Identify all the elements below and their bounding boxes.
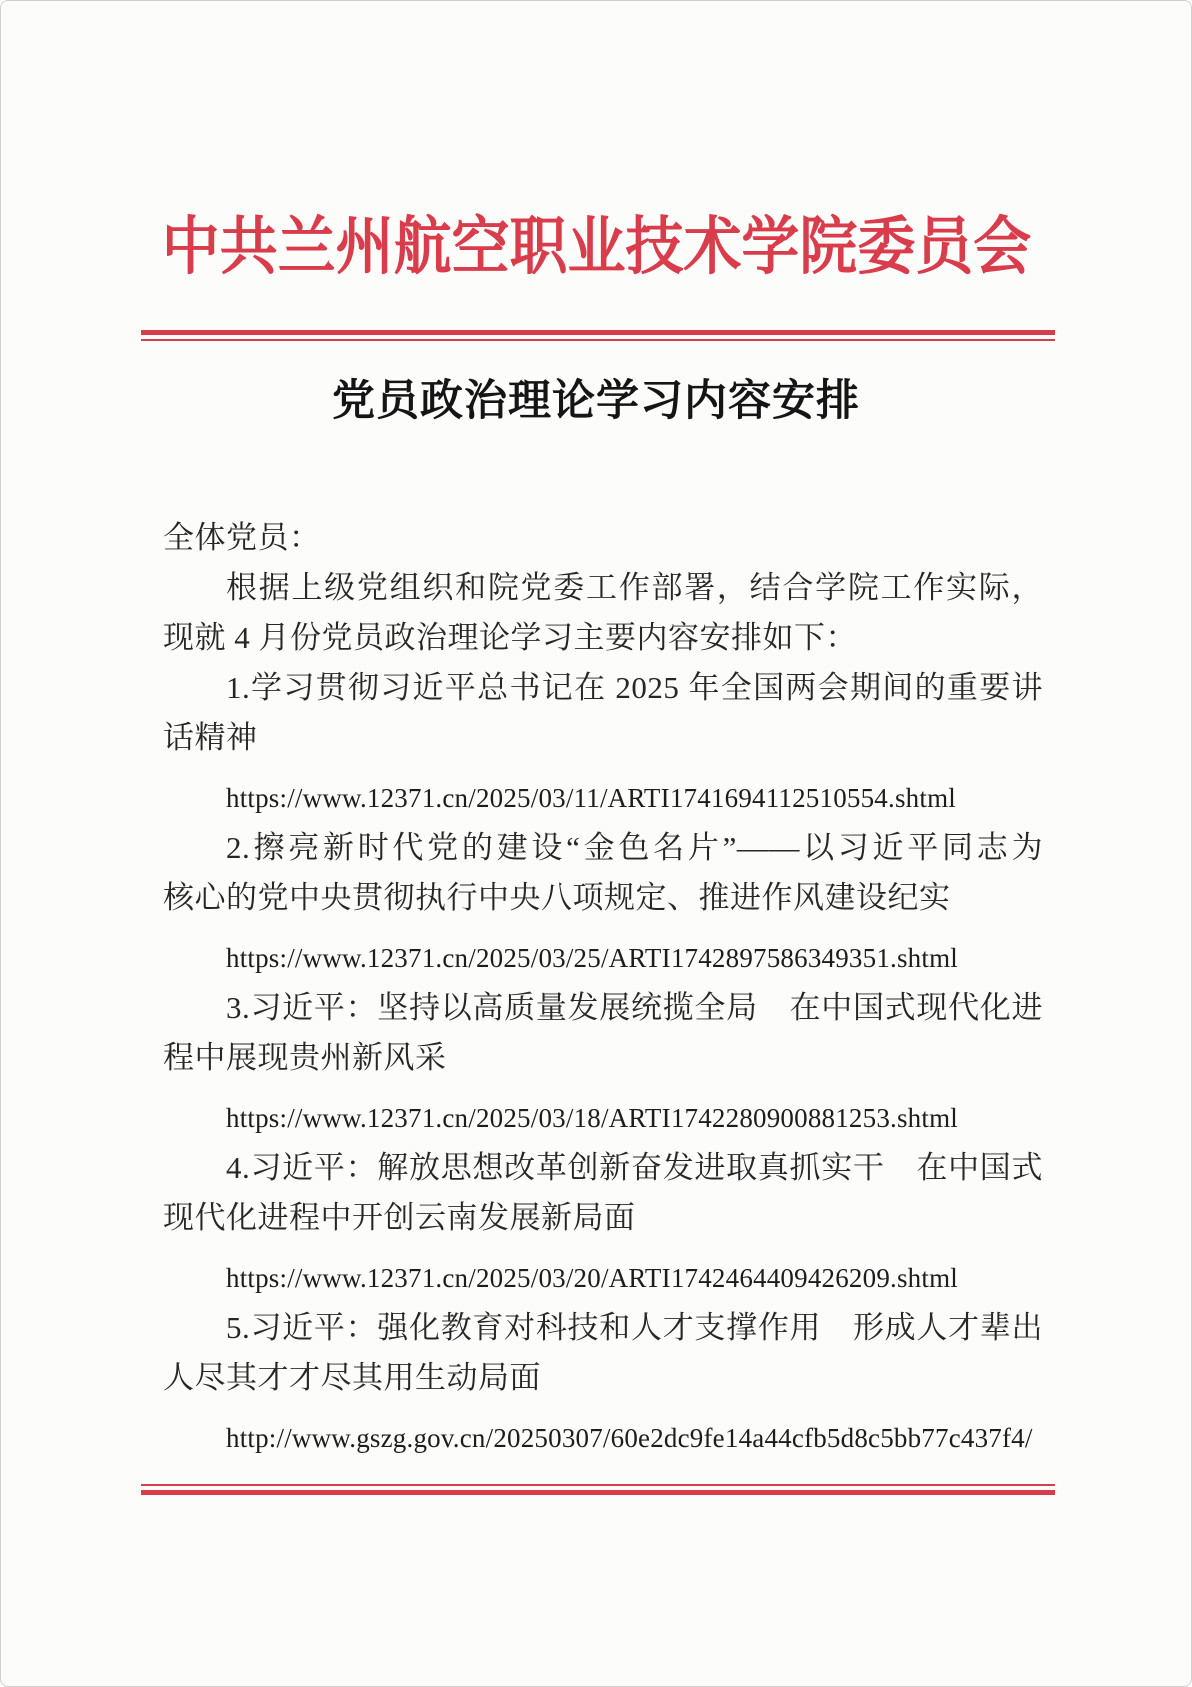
body-line: 1.学习贯彻习近平总书记在 2025 年全国两会期间的重要讲 — [163, 663, 1043, 713]
letterhead-title: 中共兰州航空职业技术学院委员会 — [1, 197, 1191, 297]
url-line: https://www.12371.cn/2025/03/11/ARTI1741… — [163, 773, 1043, 823]
body-line: 2.擦亮新时代党的建设“金色名片”——以习近平同志为 — [163, 823, 1043, 873]
header-separator-rule — [141, 330, 1055, 341]
url-line: http://www.gszg.gov.cn/20250307/60e2dc9f… — [163, 1413, 1043, 1463]
body-line: 4.习近平：解放思想改革创新奋发进取真抓实干 在中国式 — [163, 1143, 1043, 1193]
document-title: 党员政治理论学习内容安排 — [1, 377, 1191, 427]
body-line: 根据上级党组织和院党委工作部署，结合学院工作实际， — [163, 563, 1043, 613]
letterhead-org-name: 中共兰州航空职业技术学院委员会 — [161, 197, 1030, 297]
body-line: 5.习近平：强化教育对科技和人才支撑作用 形成人才辈出 — [163, 1303, 1043, 1353]
body-line: 现就 4 月份党员政治理论学习主要内容安排如下： — [163, 613, 1043, 663]
separator-thick-line — [141, 1490, 1055, 1495]
document-body: 全体党员：根据上级党组织和院党委工作部署，结合学院工作实际，现就 4 月份党员政… — [163, 513, 1043, 1463]
body-line: 程中展现贵州新风采 — [163, 1033, 1043, 1083]
url-line: https://www.12371.cn/2025/03/25/ARTI1742… — [163, 933, 1043, 983]
body-line: 现代化进程中开创云南发展新局面 — [163, 1193, 1043, 1243]
body-line: 全体党员： — [163, 513, 1043, 563]
url-line: https://www.12371.cn/2025/03/18/ARTI1742… — [163, 1093, 1043, 1143]
body-line: 人尽其才才尽其用生动局面 — [163, 1353, 1043, 1403]
separator-thin-line — [141, 339, 1055, 341]
body-line: 话精神 — [163, 713, 1043, 763]
footer-separator-rule — [141, 1484, 1055, 1495]
url-line: https://www.12371.cn/2025/03/20/ARTI1742… — [163, 1253, 1043, 1303]
body-line: 核心的党中央贯彻执行中央八项规定、推进作风建设纪实 — [163, 873, 1043, 923]
body-line: 3.习近平：坚持以高质量发展统揽全局 在中国式现代化进 — [163, 983, 1043, 1033]
document-page: 中共兰州航空职业技术学院委员会 党员政治理论学习内容安排 全体党员：根据上级党组… — [0, 0, 1192, 1687]
